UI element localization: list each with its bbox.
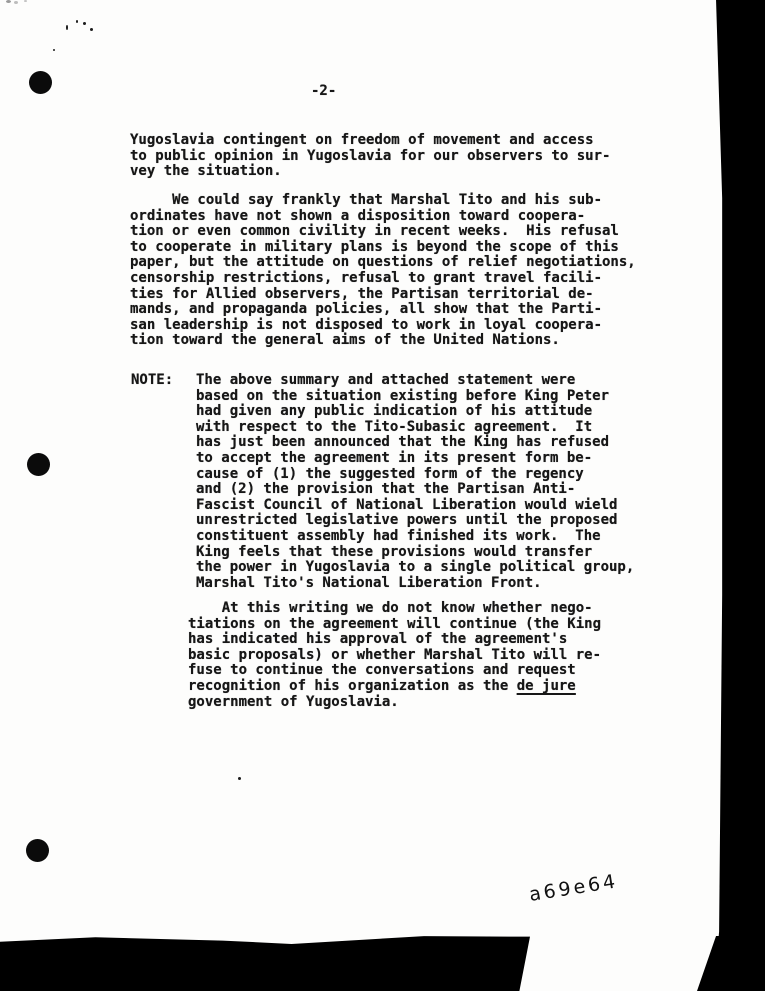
ink-speck (83, 22, 86, 25)
paragraph: We could say frankly that Marshal Tito a… (130, 193, 636, 349)
hole-punch-mark (29, 71, 52, 94)
scan-edge-black-band (697, 936, 765, 991)
note-paragraph: The above summary and attached statement… (196, 373, 634, 591)
scanned-document-page: -2- Yugoslavia contingent on freedom of … (0, 0, 765, 991)
ink-speck (66, 25, 68, 30)
ink-speck (238, 777, 241, 780)
ink-speck (53, 49, 55, 51)
note-label: NOTE: (131, 373, 173, 389)
note-paragraph: At this writing we do not know whether n… (188, 601, 601, 710)
underlined-term: de jure (517, 678, 576, 694)
page-number: -2- (311, 84, 336, 100)
ink-speck (6, 0, 11, 3)
scan-edge-black-band (714, 0, 765, 991)
handwritten-annotation: a69e64 (528, 870, 620, 906)
scan-edge-black-band (0, 935, 530, 991)
note-text: government of Yugoslavia. (188, 694, 399, 710)
hole-punch-mark (27, 453, 50, 476)
ink-speck (76, 20, 78, 23)
ink-speck (14, 1, 18, 4)
ink-speck (24, 0, 27, 2)
paragraph: Yugoslavia contingent on freedom of move… (130, 133, 610, 180)
ink-speck (90, 28, 93, 31)
hole-punch-mark (26, 839, 49, 862)
